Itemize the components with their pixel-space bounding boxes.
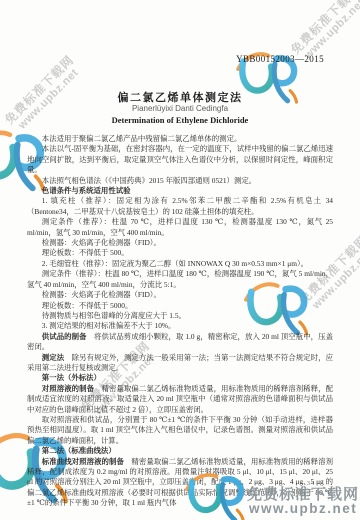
paragraph: 检测器：火焰离子化检测器（FID）。 [27,238,333,248]
paragraph-lead: 供试品的制备 [42,332,87,341]
paragraph: 本法以气-固平衡为基础，在密封容器内，在一定的温度下，试样中残留的偏二氯乙烯迅速… [27,144,333,175]
standard-number: YBB00152003—2015 [236,54,324,64]
document-page: 免费标准下载网 www.upbz.net 免费标准下载网 www.upbz.ne… [0,0,360,520]
paragraph: 对照溶液的制备 精密量取偏二氯乙烯标准物质适量，用标准物质用的稀释溶剂稀释，配制… [27,384,333,415]
paragraph: 2. 毛细管柱（推荐）：固定液为聚乙二醇（如 INNOWAX Q 30 m×0.… [27,259,333,269]
title-chinese: 偏二氯乙烯单体测定法 [0,89,360,105]
paragraph: 本法照气相色谱法（《中国药典》2015 年版四部通则 0521）测定。 [27,176,333,186]
section-heading: 色谱条件与系统适用性试验 [27,186,333,196]
watermark-text-top-right: 免费标准下载网 www.upbz.net [274,0,360,80]
paragraph-lead: 标准曲线对照溶液的制备 [42,457,124,466]
watermark-site-url-footer: www.upbz.net [249,501,357,516]
title-pinyin: Pianerlüyixi Danti Cedingfa [0,104,360,113]
paragraph: 待测物质与相邻色谱峰的分离度应大于 1.5。 [27,311,333,321]
paragraph: 1. 填充柱（推荐）：固定相为涂有 2.5%邻苯二甲酸二辛酯和 2.5%有机皂土… [27,196,333,217]
paragraph: 测定条件（推荐）：柱温 70 ℃，进样口温度 130 ℃，检测器温度 130 ℃… [27,217,333,238]
paragraph: 3. 测定结果的相对标准偏差不大于 10%。 [27,321,333,331]
title-english: Determination of Ethylene Dichloride [0,115,360,125]
section-heading: 第一法（外标法） [27,373,333,383]
document-body: 本法适用于聚偏二氯乙烯产品中残留偏二氯乙烯单体的测定。本法以气-固平衡为基础，在… [27,134,333,509]
section-heading: 第二法（标准曲线法） [27,446,333,456]
paragraph: 检测器：火焰离子化检测器（FID）。 [27,290,333,300]
paragraph: 测定法 除另有规定外，测定方法一般采用第一法；当第一法测定结果不符合规定时，应采… [27,353,333,374]
paragraph-lead: 测定法 [42,353,64,362]
watermark-site-url: www.upbz.net [284,0,360,80]
paragraph-lead: 对照溶液的制备 [42,384,94,393]
paragraph: 取对照溶液和供试品，分别置于 80 ℃±1 ℃的条件下平衡 30 分钟（如手动进… [27,415,333,446]
paragraph: 理论板数：不得低于 500。 [27,248,333,258]
paragraph: 本法适用于聚偏二氯乙烯产品中残留偏二氯乙烯单体的测定。 [27,134,333,144]
paragraph: 供试品的制备 将供试品剪成细小颗粒，取 1.0 g，精密称定，放入 20 ml … [27,332,333,353]
paragraph: 理论板数：不得低于 5000。 [27,301,333,311]
paragraph: 测定条件（推荐）：柱温 80 ℃，进样口温度 180 ℃，检测器温度 190 ℃… [27,269,333,290]
